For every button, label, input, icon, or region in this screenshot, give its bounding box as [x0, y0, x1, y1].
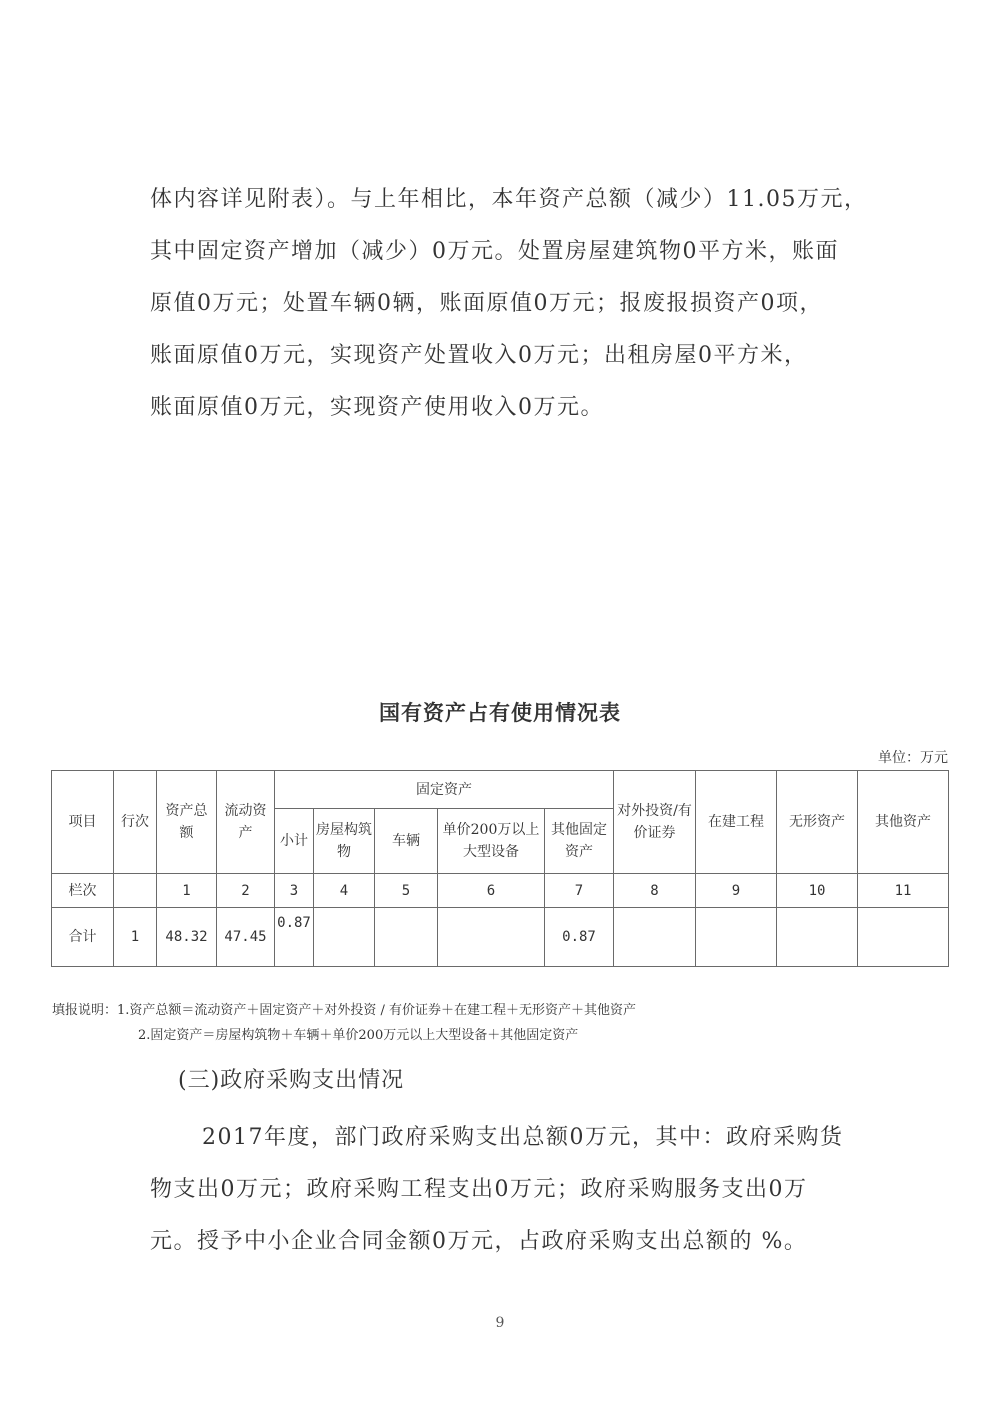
- header-intangible: 无形资产: [777, 771, 858, 874]
- construction-value: [696, 908, 777, 967]
- paragraph-line: 物支出0万元；政府采购工程支出0万元；政府采购服务支出0万: [150, 1164, 890, 1216]
- subtotal-value: 0.87: [275, 908, 314, 967]
- column-index-cell: [114, 874, 157, 908]
- column-index-cell: 11: [858, 874, 949, 908]
- header-row: 项目 行次 资产总额 流动资产 固定资产 对外投资/有价证券 在建工程 无形资产…: [52, 771, 949, 809]
- paragraph-line: 原值0万元；处置车辆0辆，账面原值0万元；报废报损资产0项，: [150, 278, 890, 330]
- header-total-assets: 资产总额: [157, 771, 217, 874]
- total-row: 合计 1 48.32 47.45 0.87 0.87: [52, 908, 949, 967]
- intangible-value: [777, 908, 858, 967]
- header-other-fixed: 其他固定资产: [545, 809, 614, 874]
- column-index-row: 栏次 1 2 3 4 5 6 7 8 9 10 11: [52, 874, 949, 908]
- column-index-cell: 9: [696, 874, 777, 908]
- header-large-equipment: 单价200万以上大型设备: [438, 809, 545, 874]
- page-number: 9: [0, 1315, 1000, 1331]
- total-assets-value: 48.32: [157, 908, 217, 967]
- header-other-assets: 其他资产: [858, 771, 949, 874]
- header-buildings: 房屋构筑物: [314, 809, 375, 874]
- header-vehicles: 车辆: [375, 809, 438, 874]
- asset-usage-table: 项目 行次 资产总额 流动资产 固定资产 对外投资/有价证券 在建工程 无形资产…: [51, 770, 949, 967]
- intro-paragraph: 体内容详见附表）。与上年相比，本年资产总额（减少）11.05万元， 其中固定资产…: [150, 174, 890, 434]
- paragraph-line: 其中固定资产增加（减少）0万元。处置房屋建筑物0平方米，账面: [150, 226, 890, 278]
- column-index-cell: 6: [438, 874, 545, 908]
- unit-label: 单位：万元: [878, 747, 948, 767]
- column-index-label: 栏次: [52, 874, 114, 908]
- large-equipment-value: [438, 908, 545, 967]
- column-index-cell: 8: [614, 874, 696, 908]
- column-index-cell: 10: [777, 874, 858, 908]
- section-heading: (三)政府采购支出情况: [178, 1063, 404, 1094]
- vehicles-value: [375, 908, 438, 967]
- header-fixed-assets: 固定资产: [275, 771, 614, 809]
- header-current-assets: 流动资产: [217, 771, 275, 874]
- paragraph-line: 2017年度，部门政府采购支出总额0万元，其中：政府采购货: [150, 1112, 890, 1164]
- header-item: 项目: [52, 771, 114, 874]
- paragraph-line: 体内容详见附表）。与上年相比，本年资产总额（减少）11.05万元，: [150, 174, 890, 226]
- header-row-no: 行次: [114, 771, 157, 874]
- note-2: 2.固定资产＝房屋构筑物＋车辆＋单价200万元以上大型设备＋其他固定资产: [52, 1023, 636, 1048]
- other-fixed-value: 0.87: [545, 908, 614, 967]
- other-assets-value: [858, 908, 949, 967]
- column-index-cell: 7: [545, 874, 614, 908]
- paragraph-line: 元。授予中小企业合同金额0万元，占政府采购支出总额的 %。: [150, 1216, 890, 1268]
- current-assets-value: 47.45: [217, 908, 275, 967]
- fill-notes: 填报说明：1.资产总额＝流动资产＋固定资产＋对外投资 / 有价证券＋在建工程＋无…: [52, 998, 636, 1048]
- procurement-paragraph: 2017年度，部门政府采购支出总额0万元，其中：政府采购货 物支出0万元；政府采…: [150, 1112, 890, 1268]
- total-row-no: 1: [114, 908, 157, 967]
- header-subtotal: 小计: [275, 809, 314, 874]
- paragraph-line: 账面原值0万元，实现资产使用收入0万元。: [150, 382, 890, 434]
- paragraph-line: 账面原值0万元，实现资产处置收入0万元；出租房屋0平方米，: [150, 330, 890, 382]
- column-index-cell: 3: [275, 874, 314, 908]
- total-label: 合计: [52, 908, 114, 967]
- header-construction: 在建工程: [696, 771, 777, 874]
- buildings-value: [314, 908, 375, 967]
- table-title: 国有资产占有使用情况表: [0, 697, 1000, 727]
- column-index-cell: 5: [375, 874, 438, 908]
- investments-value: [614, 908, 696, 967]
- column-index-cell: 2: [217, 874, 275, 908]
- header-investments: 对外投资/有价证券: [614, 771, 696, 874]
- note-1: 填报说明：1.资产总额＝流动资产＋固定资产＋对外投资 / 有价证券＋在建工程＋无…: [52, 998, 636, 1023]
- column-index-cell: 1: [157, 874, 217, 908]
- column-index-cell: 4: [314, 874, 375, 908]
